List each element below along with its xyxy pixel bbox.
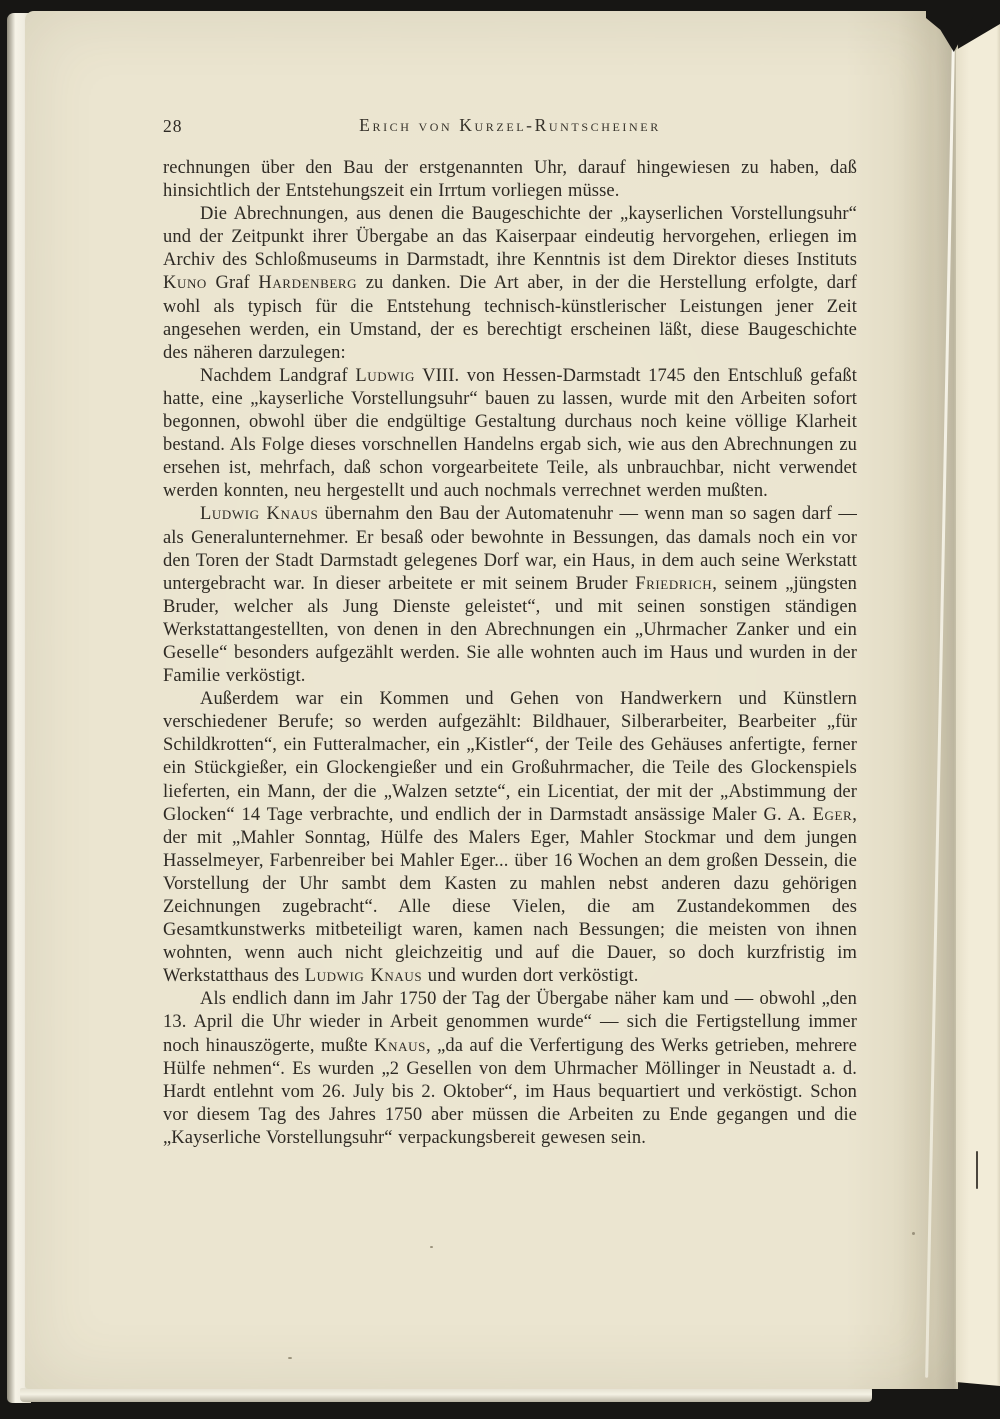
text-segment: , der mit „Mahler Sonntag, Hülfe des Mal… (163, 805, 857, 987)
scan-speck (288, 1357, 292, 1359)
paragraph: Ludwig Knaus übernahm den Bau der Automa… (163, 503, 857, 688)
person-name: Kuno (163, 273, 207, 293)
person-name: Hardenberg (258, 273, 357, 293)
next-page-edge (956, 24, 1000, 1386)
text-segment: rechnungen über den Bau der erstgenannte… (163, 158, 857, 201)
person-name: Ludwig Knaus (305, 966, 422, 986)
page-header: 28 Erich von Kurzel-Runtscheiner (163, 115, 857, 141)
text-segment: Die Abrechnungen, aus denen die Baugesch… (163, 204, 857, 270)
person-name: Eger (813, 805, 853, 825)
page-edge-bottom (20, 1388, 872, 1402)
scan-speck (430, 1246, 433, 1248)
text-segment: Außerdem war ein Kommen und Gehen von Ha… (163, 689, 857, 824)
paragraph: rechnungen über den Bau der erstgenannte… (163, 157, 857, 203)
text-block: rechnungen über den Bau der erstgenannte… (163, 157, 857, 1150)
text-segment: VIII. von Hessen-Darmstadt 1745 den Ents… (163, 366, 857, 501)
paragraph: Als endlich dann im Jahr 1750 der Tag de… (163, 988, 857, 1150)
text-segment: Nachdem Landgraf (200, 366, 355, 386)
paragraph: Außerdem war ein Kommen und Gehen von Ha… (163, 688, 857, 988)
text-segment: Graf (207, 273, 258, 293)
running-header: Erich von Kurzel-Runtscheiner (163, 115, 857, 136)
text-segment: und wurden dort verköstigt. (422, 966, 638, 986)
scan-speck (912, 1232, 915, 1235)
book-scan: 28 Erich von Kurzel-Runtscheiner rechnun… (0, 0, 1000, 1419)
person-name: Ludwig Knaus (200, 504, 318, 524)
page-number: 28 (163, 116, 183, 137)
person-name: Knaus (374, 1036, 426, 1056)
person-name: Friedrich (635, 574, 712, 594)
book-page: 28 Erich von Kurzel-Runtscheiner rechnun… (25, 11, 958, 1389)
person-name: Ludwig (355, 366, 415, 386)
paragraph: Die Abrechnungen, aus denen die Baugesch… (163, 203, 857, 365)
paragraph: Nachdem Landgraf Ludwig VIII. von Hessen… (163, 365, 857, 504)
scan-artifact-line (976, 1151, 978, 1189)
